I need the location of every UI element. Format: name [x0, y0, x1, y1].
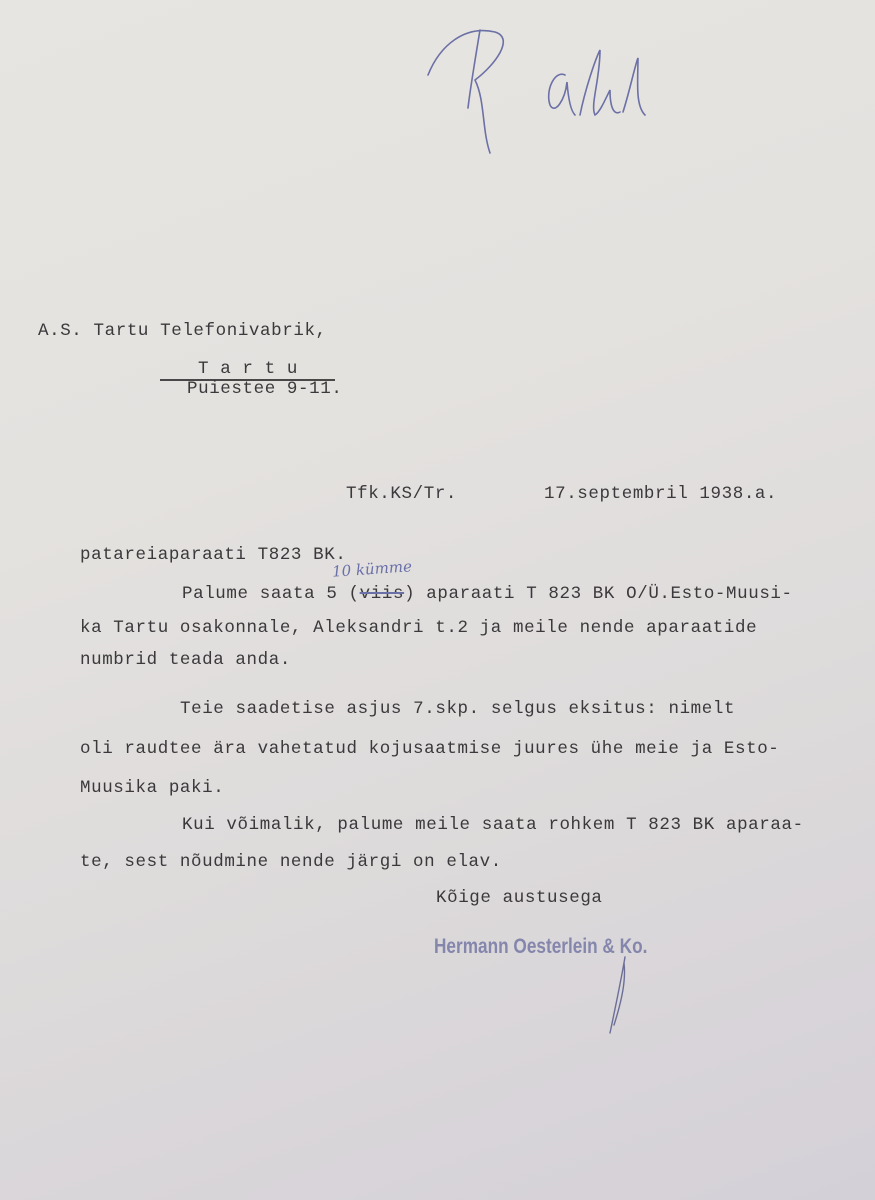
signature-icon — [600, 955, 640, 1040]
struck-word: viis — [360, 584, 404, 604]
letter-page: A.S. Tartu Telefonivabrik, T a r t u Pui… — [0, 0, 875, 1200]
paragraph-2-line-2: oli raudtee ära vahetatud kojusaatmise j… — [80, 739, 779, 759]
paragraph-3-line-2: te, sest nõudmine nende järgi on elav. — [80, 852, 502, 872]
paragraph-2-line-1: Teie saadetise asjus 7.skp. selgus eksit… — [180, 699, 735, 719]
recipient-company: A.S. Tartu Telefonivabrik, — [38, 321, 327, 341]
paragraph-1-line-3: numbrid teada anda. — [80, 650, 291, 670]
subject-line: patareiaparaati T823 BK. — [80, 545, 346, 565]
closing-salutation: Kõige austusega — [436, 888, 603, 908]
paragraph-1-line-2: ka Tartu osakonnale, Aleksandri t.2 ja m… — [80, 618, 757, 638]
corrected-quantity: 5 — [326, 584, 337, 604]
recipient-city: T a r t u — [198, 359, 298, 379]
paragraph-1-line-1: Palume saata 5 (viis) aparaati T 823 BK … — [182, 584, 793, 604]
paragraph-2-line-3: Muusika paki. — [80, 778, 224, 798]
letter-date: 17.septembril 1938.a. — [544, 484, 777, 504]
recipient-street: Puiestee 9-11. — [187, 379, 342, 399]
handwritten-annotation-r-abl — [420, 20, 680, 170]
reference-code: Tfk.KS/Tr. — [346, 484, 457, 504]
paragraph-3-line-1: Kui võimalik, palume meile saata rohkem … — [182, 815, 804, 835]
